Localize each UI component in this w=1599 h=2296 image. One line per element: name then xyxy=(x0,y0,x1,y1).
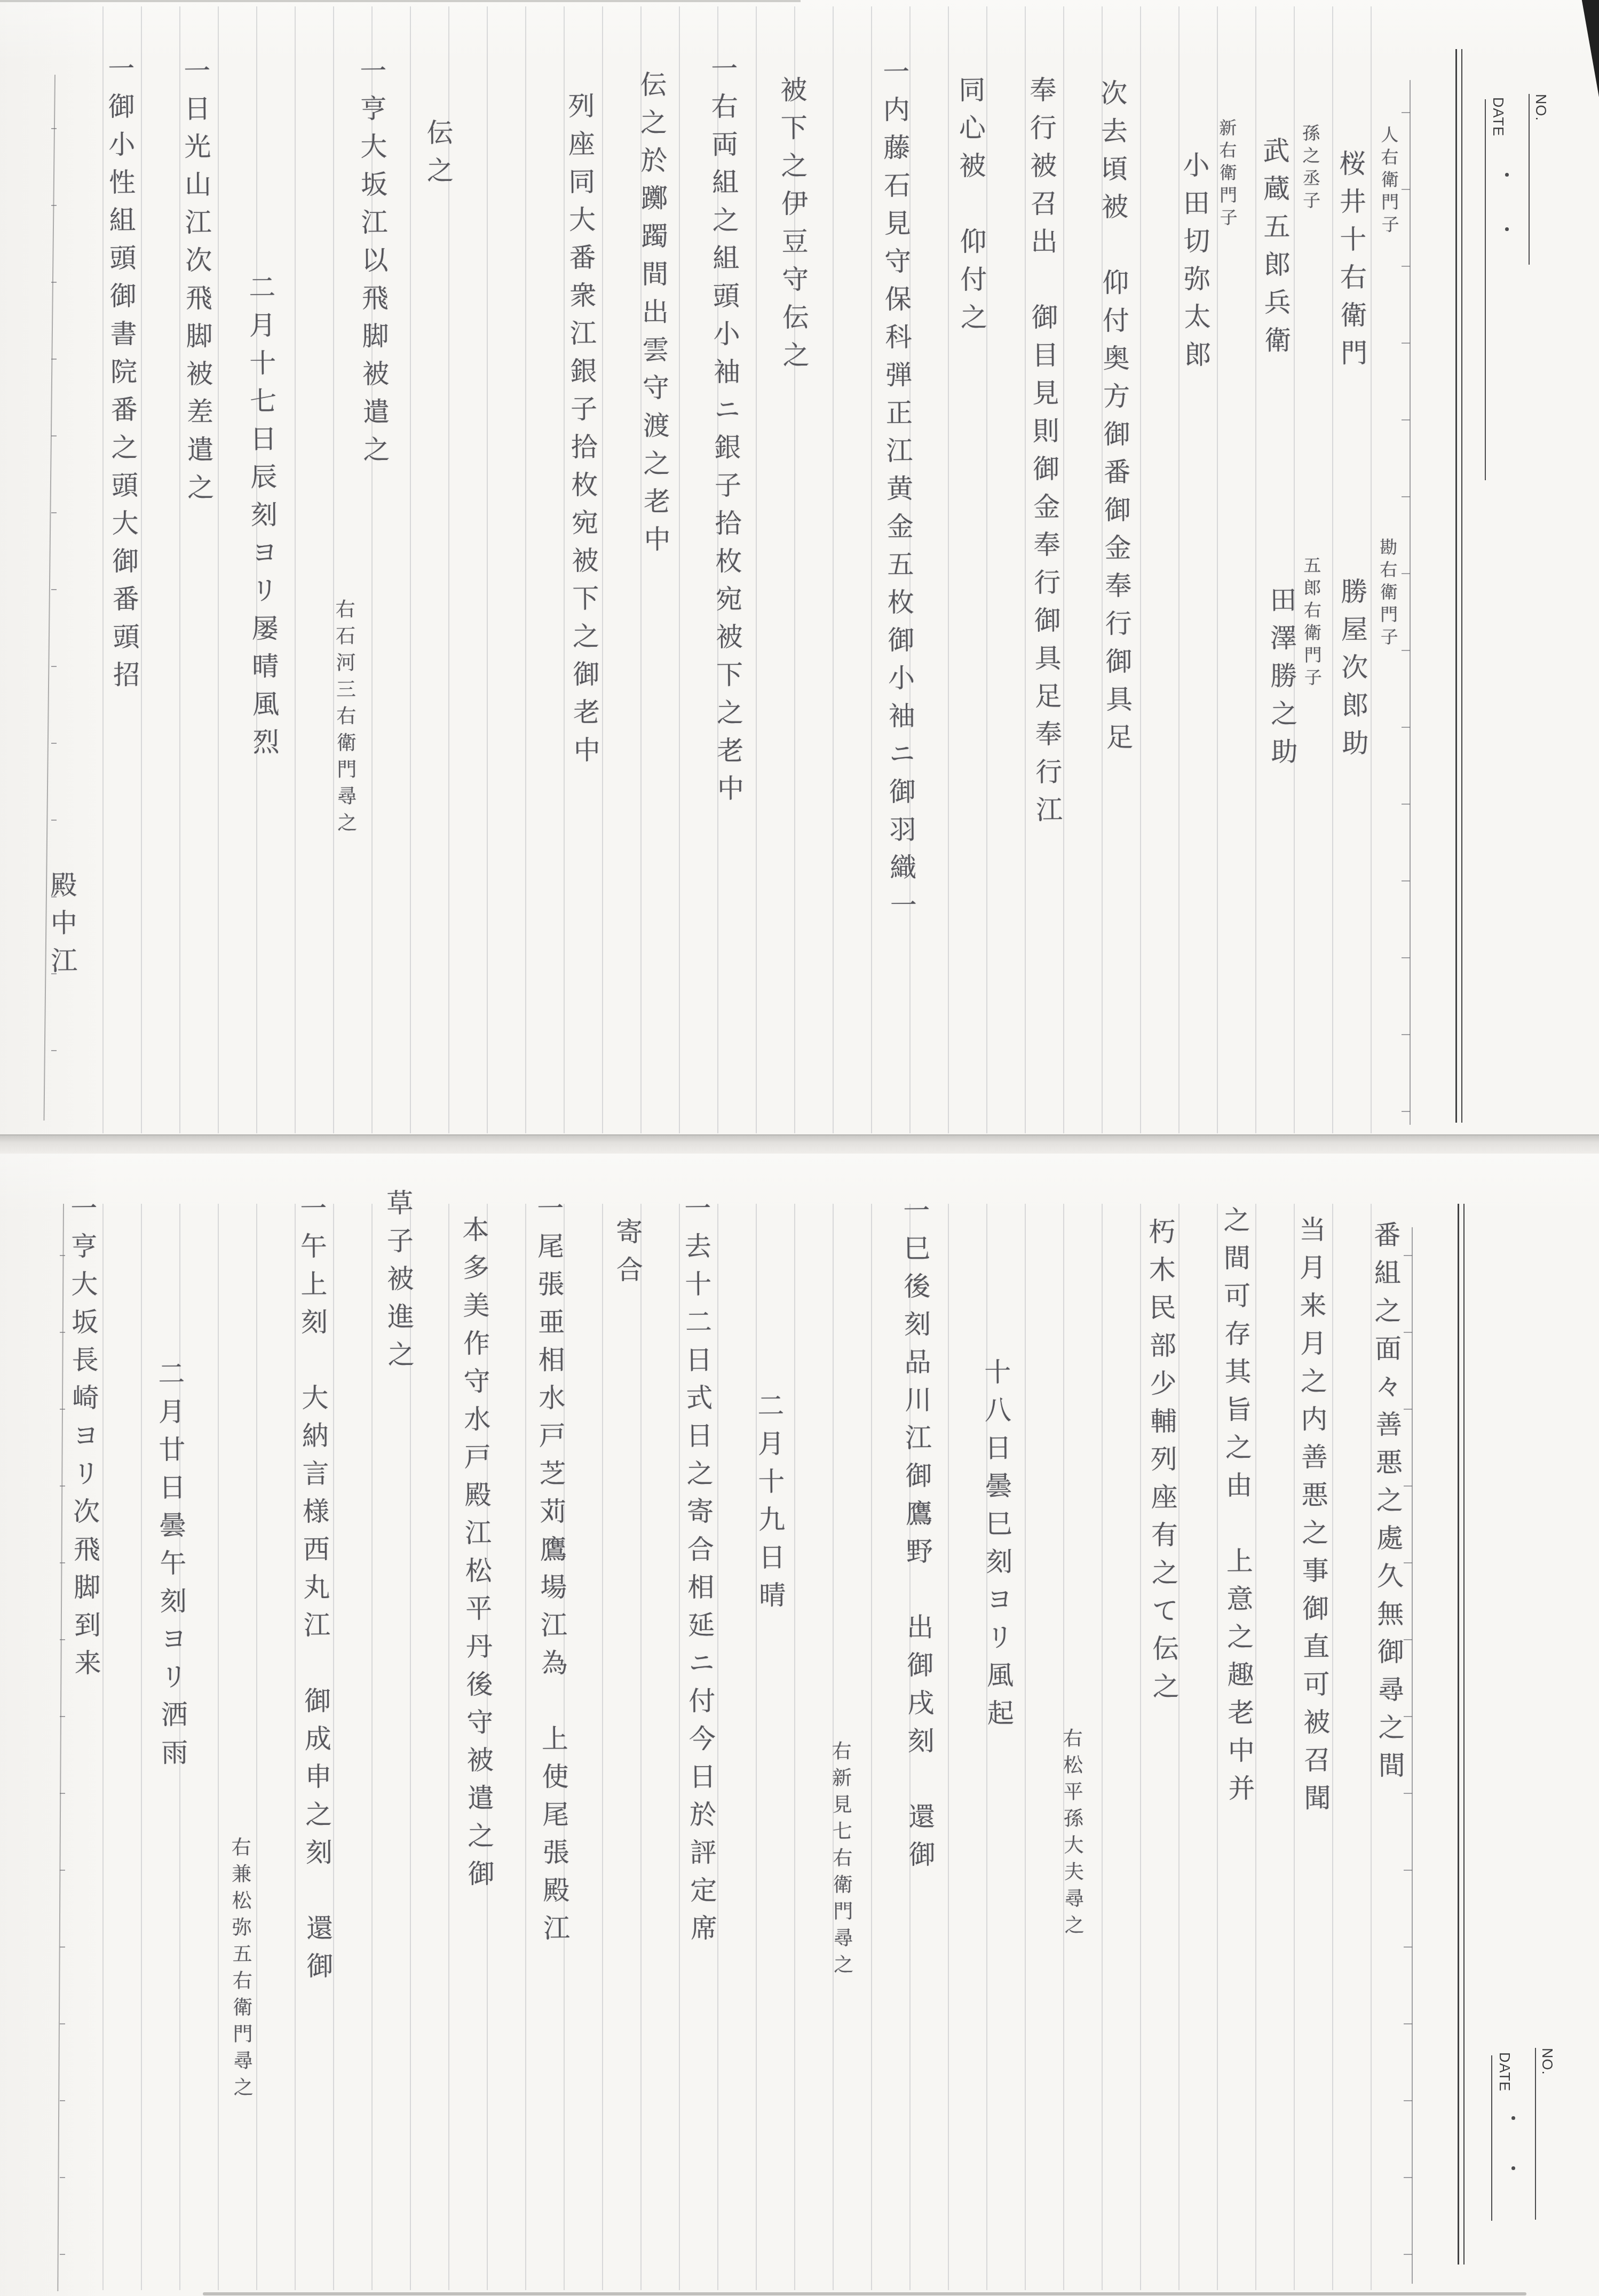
edge-tick xyxy=(60,2254,65,2255)
ruled-line xyxy=(333,1204,334,2290)
text-column: 一日光山江次飛脚被差遣之 xyxy=(181,57,212,511)
text-column: 寄合 xyxy=(614,1218,641,1293)
ruled-line xyxy=(218,1204,219,2290)
text-column: 伝之於躑躅間出雲守渡之老中 xyxy=(638,70,669,563)
text-column: 一御小性組頭御書院番之頭大御番頭招 xyxy=(106,54,138,698)
text-column: 右松平孫大夫尋之 xyxy=(1061,1728,1082,1941)
ruled-line xyxy=(295,1204,296,2290)
ruled-line xyxy=(1140,1204,1141,2290)
text-column: 小田切弥太郎 xyxy=(1181,151,1209,378)
ruled-line xyxy=(679,1204,680,2290)
scanned-notebook-document: { "document": { "kind": "scanned two-pag… xyxy=(0,0,1599,2296)
date-label: DATE xyxy=(1496,2052,1513,2092)
text-column: 右石河三右衛門尋之 xyxy=(334,599,355,839)
margin-tick xyxy=(1402,112,1410,113)
ruled-line xyxy=(1294,1204,1295,2290)
ruled-line xyxy=(525,1204,526,2290)
ruled-line xyxy=(602,1204,603,2290)
ruled-line xyxy=(218,6,219,1133)
edge-tick xyxy=(60,1947,65,1948)
margin-tick xyxy=(1402,1034,1410,1035)
edge-tick xyxy=(60,2177,65,2178)
text-column: 十八日曇巳刻ヨリ風起 xyxy=(982,1358,1012,1737)
ruled-line xyxy=(1140,6,1141,1133)
text-column: 右新見七右衛門尋之 xyxy=(830,1741,852,1981)
scan-bottom-edge xyxy=(203,2292,1526,2295)
edge-tick xyxy=(51,743,57,744)
margin-tick xyxy=(1404,1485,1412,1487)
margin-tick xyxy=(1404,2254,1412,2255)
margin-tick xyxy=(1404,1716,1412,1717)
ruled-line xyxy=(371,1204,373,2290)
ruled-line xyxy=(948,6,949,1133)
text-column: 伝之 xyxy=(424,118,452,194)
ruled-line xyxy=(141,6,142,1133)
ruled-line xyxy=(1217,1204,1218,2290)
margin-tick xyxy=(1402,880,1410,881)
margin-tick xyxy=(1404,1639,1412,1640)
margin-tick xyxy=(1404,1870,1412,1871)
text-column: 勝屋次郎助 xyxy=(1339,577,1367,767)
text-column: 朽木民部少輔列座有之て伝之 xyxy=(1146,1218,1177,1710)
margin-tick xyxy=(1402,650,1410,651)
ruled-line xyxy=(1371,6,1372,1133)
ruled-line xyxy=(1294,6,1295,1133)
ruled-line xyxy=(295,6,296,1133)
ruled-line xyxy=(794,1204,795,2290)
edge-tick xyxy=(51,666,57,667)
ruled-line xyxy=(871,1204,872,2290)
margin-tick xyxy=(1404,1793,1412,1794)
margin-tick xyxy=(1402,496,1410,497)
text-column: 次去頃被 仰付奥方御番御金奉行御具足 xyxy=(1098,79,1131,761)
text-column: 一内藤石見守保科弾正江黄金五枚御小袖ニ御羽織一 xyxy=(881,58,915,929)
text-column: 一亨大坂長崎ヨリ次飛脚到来 xyxy=(68,1194,99,1687)
no-label: NO. xyxy=(1532,94,1549,121)
margin-tick-line xyxy=(1412,1227,1413,2284)
text-column: 武蔵五郎兵衛 xyxy=(1261,137,1289,364)
page-gap-shadow xyxy=(0,1134,1599,1154)
margin-tick xyxy=(1404,1409,1412,1410)
date-rule-line xyxy=(1485,99,1486,480)
ruled-line xyxy=(487,6,488,1133)
text-column: 人右衛門子 xyxy=(1380,125,1398,237)
ruled-line xyxy=(640,1204,642,2290)
ruled-line xyxy=(756,1204,757,2290)
edge-tick xyxy=(60,1870,65,1871)
ruled-line xyxy=(102,6,104,1133)
text-column: 二月十七日辰刻ヨリ屡晴風烈 xyxy=(247,273,278,766)
ruled-line xyxy=(717,1204,718,2290)
ruled-line xyxy=(871,6,872,1133)
text-column: 列座同大番衆江銀子拾枚宛被下之御老中 xyxy=(566,92,598,774)
ruled-line xyxy=(1255,6,1256,1133)
date-separator-dot xyxy=(1505,227,1509,231)
margin-tick xyxy=(1402,266,1410,267)
ruled-line xyxy=(102,1204,104,2290)
ruled-line xyxy=(986,6,987,1133)
text-column: 桜井十右衛門 xyxy=(1337,149,1366,377)
ruled-line xyxy=(602,6,603,1133)
no-rule-line xyxy=(1535,2048,1536,2220)
margin-tick xyxy=(1402,1111,1410,1112)
edge-tick xyxy=(51,1050,57,1051)
text-column: 番組之面々善悪之處久無御尋之間 xyxy=(1372,1221,1403,1789)
text-column: 一午上刻 大納言様西丸江 御成申之刻 還御 xyxy=(298,1194,331,1990)
text-column: 二月十九日晴 xyxy=(755,1392,784,1619)
text-column: 一亨大坂江以飛脚被遣之 xyxy=(358,57,388,473)
ruled-line xyxy=(141,1204,142,2290)
ruled-line xyxy=(333,6,334,1133)
text-column: 田澤勝之助 xyxy=(1268,586,1296,775)
ruled-line xyxy=(948,1204,949,2290)
text-column: 一尾張亜相水戸芝苅鷹場江為 上使尾張殿江 xyxy=(535,1194,568,1952)
ruled-line xyxy=(1025,1204,1026,2290)
no-rule-line xyxy=(1529,94,1530,265)
date-label: DATE xyxy=(1490,97,1506,137)
text-column: 草子被進之 xyxy=(384,1189,413,1378)
scan-top-edge xyxy=(0,0,801,2)
text-column: 当月来月之内善悪之事御直可被召聞 xyxy=(1297,1215,1329,1822)
ruled-line xyxy=(756,6,757,1133)
date-separator-dot xyxy=(1505,173,1509,177)
margin-tick xyxy=(1404,1332,1412,1333)
text-column: 五郎右衛門子 xyxy=(1302,556,1321,690)
text-column: 新右衛門子 xyxy=(1218,118,1237,231)
edge-tick xyxy=(51,820,57,821)
ruled-line xyxy=(1332,1204,1333,2290)
ruled-line xyxy=(1102,1204,1103,2290)
text-column: 勘右衛門子 xyxy=(1379,538,1397,650)
margin-tick xyxy=(1404,2023,1412,2024)
text-column: 被下之伊豆守伝之 xyxy=(778,76,808,379)
ruled-line xyxy=(1178,1204,1180,2290)
ruled-line xyxy=(525,6,526,1133)
text-column: 同心被 仰付之 xyxy=(956,76,985,341)
text-column: 之間可存其旨之由 上意之趣老中并 xyxy=(1221,1206,1253,1812)
ruled-line xyxy=(1063,6,1064,1133)
margin-tick xyxy=(1402,189,1410,190)
margin-tick xyxy=(1402,727,1410,728)
ruled-line xyxy=(833,6,834,1133)
text-column: 本多美作守水戸殿江松平丹後守被遣之御 xyxy=(460,1215,493,1897)
margin-tick xyxy=(1402,804,1410,805)
margin-tick xyxy=(1402,573,1410,574)
margin-tick xyxy=(1402,957,1410,958)
date-separator-dot xyxy=(1511,2116,1515,2120)
ruled-line xyxy=(1332,6,1333,1133)
notebook-page-bottom xyxy=(0,1153,1599,2296)
ruled-line xyxy=(1255,1204,1256,2290)
margin-tick-line xyxy=(1410,80,1411,1125)
edge-tick xyxy=(60,2100,65,2101)
edge-tick xyxy=(60,2023,65,2024)
text-column: 奉行被召出 御目見則御金奉行御具足奉行江 xyxy=(1027,76,1060,833)
edge-tick xyxy=(51,512,57,513)
ruled-line xyxy=(448,1204,449,2290)
margin-tick xyxy=(1404,1255,1412,1256)
text-column: 殿中江 xyxy=(48,871,76,984)
header-double-line xyxy=(1455,49,1462,1123)
text-column: 一巳後刻品川江御鷹野 出御戌刻 還御 xyxy=(901,1196,933,1878)
edge-tick xyxy=(51,435,57,436)
margin-tick xyxy=(1404,2177,1412,2178)
edge-tick xyxy=(51,589,57,590)
ruled-line xyxy=(256,1204,257,2290)
text-column: 一右両組之組頭小袖ニ銀子拾枚宛被下之老中 xyxy=(709,54,742,812)
date-separator-dot xyxy=(1511,2166,1515,2170)
header-double-line xyxy=(1458,1204,1465,2265)
text-column: 二月廿日曇午刻ヨリ洒雨 xyxy=(156,1360,186,1776)
text-column: 右兼松弥五右衛門尋之 xyxy=(229,1837,251,2103)
ruled-line xyxy=(679,6,680,1133)
margin-tick xyxy=(1402,343,1410,344)
margin-tick xyxy=(1404,1562,1412,1563)
margin-tick xyxy=(1402,419,1410,420)
ruled-line xyxy=(410,6,411,1133)
margin-tick xyxy=(1404,1947,1412,1948)
text-column: 孫之丞子 xyxy=(1301,124,1319,213)
date-rule-line xyxy=(1491,2055,1492,2221)
text-column: 一去十二日式日之寄合相延ニ付今日於評定席 xyxy=(682,1194,715,1952)
margin-tick xyxy=(1404,2100,1412,2101)
no-label: NO. xyxy=(1539,2048,1555,2075)
